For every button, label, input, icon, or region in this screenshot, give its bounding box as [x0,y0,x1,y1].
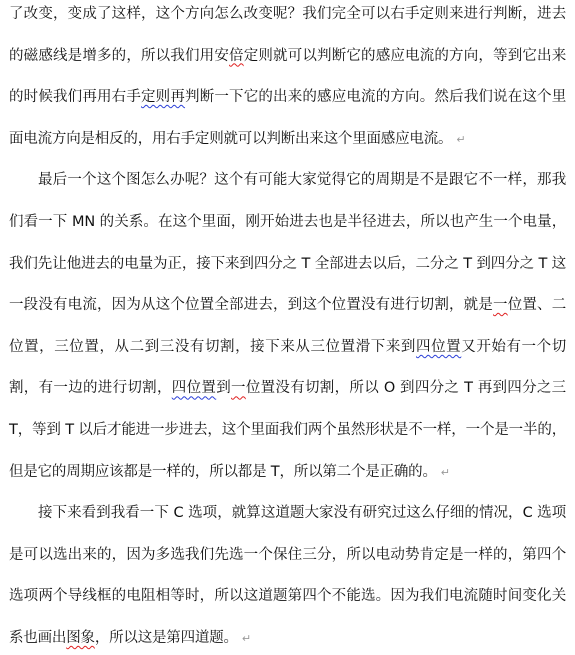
spellcheck-flagged-text: 四位置 [416,339,461,355]
paragraph-mark-icon: ↵ [441,466,450,479]
paragraph-mark-icon: ↵ [242,632,251,645]
spellcheck-flagged-text: 图象 [66,630,95,646]
spellcheck-flagged-text: 四位置 [172,380,216,396]
spellcheck-flagged-text: 定则再 [141,89,185,105]
paragraph-mark-icon: ↵ [456,133,465,146]
spellcheck-flagged-text: 倍 [229,48,244,64]
paragraph-text: 最后一个这个图怎么办呢？这个有可能大家觉得它的周期是不是跟它不一样，那我们看一下… [9,172,566,313]
paragraph-text: 到 [216,380,231,396]
spellcheck-flagged-text: 一 [493,297,508,313]
document-page: 了改变，变成了这样，这个方向怎么改变呢？我们完全可以右手定则来进行判断，进去的磁… [9,0,566,655]
paragraph-text: ，所以这是第四道题。 [95,630,238,646]
paragraph-1: 了改变，变成了这样，这个方向怎么改变呢？我们完全可以右手定则来进行判断，进去的磁… [9,0,566,160]
paragraph-2: 最后一个这个图怎么办呢？这个有可能大家觉得它的周期是不是跟它不一样，那我们看一下… [9,160,566,493]
paragraph-3: 接下来看到我看一下 C 选项，就算这道题大家没有研究过这么仔细的情况，C 选项是… [9,493,566,655]
spellcheck-flagged-text: 一 [231,380,246,396]
paragraph-text: 接下来看到我看一下 C 选项，就算这道题大家没有研究过这么仔细的情况，C 选项是… [9,505,566,646]
